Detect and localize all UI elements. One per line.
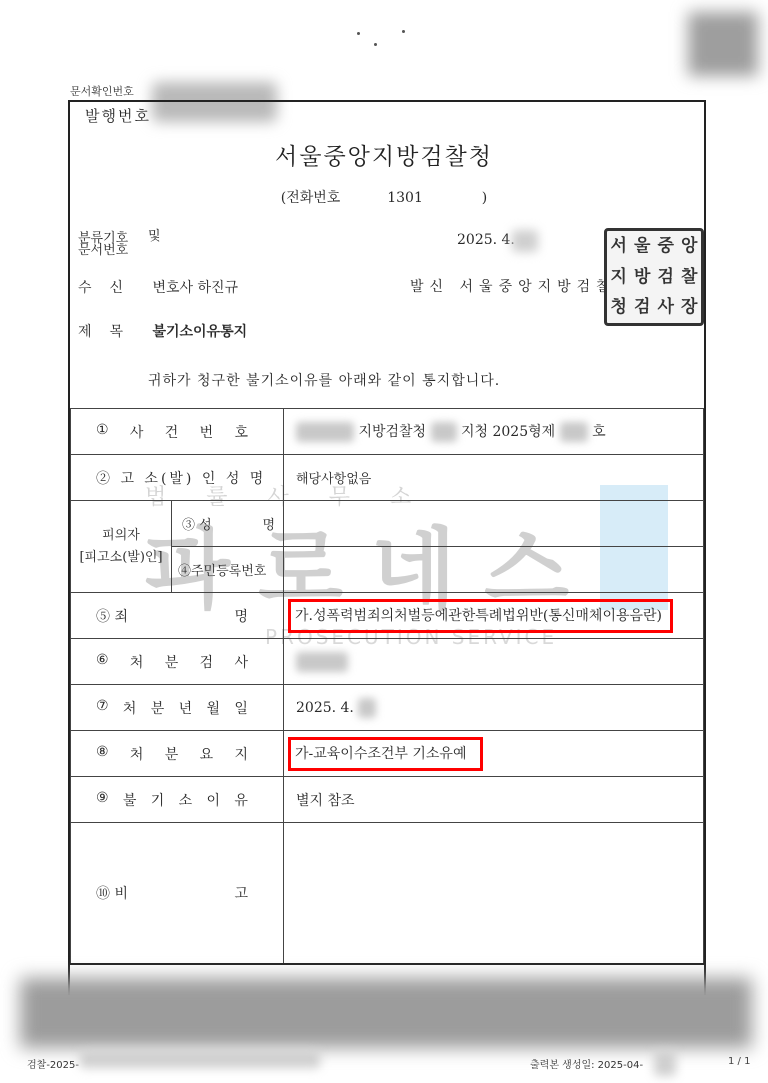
subject-value: 불기소이유통지 (152, 324, 247, 340)
scan-speck (357, 32, 360, 35)
redacted-print-day (654, 1050, 676, 1076)
recipient-value: 변호사 하진규 (152, 280, 238, 296)
disposition-summary-label: ⑧처분요지 (71, 731, 284, 777)
recipient-label: 수신 (78, 277, 148, 297)
official-seal: 서울중앙지방검찰청검사장 (604, 228, 704, 326)
case-number-label: ①사건번호 (71, 409, 284, 455)
table-row-charge: ⑤ 죄명 가.성폭력범죄의처벌등에관한특례법위반(통신매체이용음란) (71, 593, 704, 639)
sender-line: 발신 서울중앙지방검찰청 (410, 276, 635, 296)
complainant-label: ② 고 소(발) 인 성 명 (71, 455, 284, 501)
remarks-label: ⑩ 비고 (71, 823, 284, 965)
notice-text: 귀하가 청구한 불기소이유를 아래와 같이 통지합니다. (148, 370, 500, 390)
phone-suffix: ) (482, 190, 487, 206)
disposition-table: ①사건번호 지방검찰청 지청 2025형제 호 ② 고 소(발) 인 성 명 해… (70, 408, 704, 965)
suspect-name-label: ③ 성명 (172, 501, 284, 547)
seal-char: 앙 (678, 231, 702, 262)
charge-highlight: 가.성폭력범죄의처벌등에관한특례법위반(통신매체이용음란) (288, 599, 673, 633)
suspect-name-value (284, 501, 704, 547)
suspect-id-label: ④주민등록번호 (172, 547, 284, 593)
phone-prefix: (전화번호 (281, 187, 341, 207)
redacted-block (688, 12, 758, 76)
complainant-value: 해당사항없음 (284, 455, 704, 501)
table-row-case-number: ①사건번호 지방검찰청 지청 2025형제 호 (71, 409, 704, 455)
seal-char: 청 (607, 292, 631, 323)
seal-char: 검 (654, 262, 678, 293)
table-row-remarks: ⑩ 비고 (71, 823, 704, 965)
seal-char: 검 (631, 292, 655, 323)
disposition-date-value: 2025. 4. (284, 685, 704, 731)
subject-line: 제목 불기소이유통지 (78, 321, 247, 341)
suspect-group-label: 피의자 [피고소(발)인] (71, 501, 172, 593)
seal-char: 사 (654, 292, 678, 323)
issue-number-label: 발행번호 (85, 105, 151, 126)
recipient-line: 수신 변호사 하진규 (78, 277, 238, 297)
disposition-date-label: ⑦처분년월일 (71, 685, 284, 731)
remarks-value (284, 823, 704, 965)
seal-char: 서 (607, 231, 631, 262)
document-date: 2025. 4. (457, 232, 515, 248)
charge-value: 가.성폭력범죄의처벌등에관한특례법위반(통신매체이용음란) (284, 593, 704, 639)
table-row-prosecutor: ⑥처분검사 (71, 639, 704, 685)
reason-label: ⑨불기소이유 (71, 777, 284, 823)
table-row-suspect-name: 피의자 [피고소(발)인] ③ 성명 (71, 501, 704, 547)
seal-char: 장 (678, 292, 702, 323)
charge-label: ⑤ 죄명 (71, 593, 284, 639)
classification-label: 분류기호 문서번호 및 (78, 233, 178, 257)
prosecutor-label: ⑥처분검사 (71, 639, 284, 685)
phone-line: (전화번호 1301 ) (0, 187, 768, 207)
case-number-value: 지방검찰청 지청 2025형제 호 (284, 409, 704, 455)
sender-label: 발신 (410, 279, 449, 295)
office-title: 서울중앙지방검찰청 (0, 138, 768, 171)
table-row-disposition-summary: ⑧처분요지 가-교육이수조건부 기소유예 (71, 731, 704, 777)
prosecutor-value (284, 639, 704, 685)
redacted-day (512, 230, 538, 252)
seal-char: 울 (631, 231, 655, 262)
redacted-footer-block (20, 978, 752, 1048)
seal-char: 방 (631, 262, 655, 293)
subject-label: 제목 (78, 321, 148, 341)
doc-confirm-label: 문서확인번호 (70, 83, 134, 99)
redacted-doc-id (80, 1050, 320, 1068)
footer-print-date: 출력본 생성일: 2025-04- (530, 1056, 643, 1071)
table-row-disposition-date: ⑦처분년월일 2025. 4. (71, 685, 704, 731)
seal-char: 찰 (678, 262, 702, 293)
phone-ext: 1301 (387, 190, 423, 206)
table-row-reason: ⑨불기소이유 별지 참조 (71, 777, 704, 823)
seal-char: 중 (654, 231, 678, 262)
seal-char: 지 (607, 262, 631, 293)
disposition-highlight: 가-교육이수조건부 기소유예 (288, 737, 483, 771)
table-row-complainant: ② 고 소(발) 인 성 명 해당사항없음 (71, 455, 704, 501)
reason-value: 별지 참조 (284, 777, 704, 823)
disposition-summary-value: 가-교육이수조건부 기소유예 (284, 731, 704, 777)
page-indicator: 1 / 1 (728, 1056, 750, 1067)
scan-speck (402, 30, 405, 33)
suspect-id-value (284, 547, 704, 593)
scan-speck (374, 43, 377, 46)
footer-doc-id: 검찰-2025- (27, 1056, 79, 1071)
